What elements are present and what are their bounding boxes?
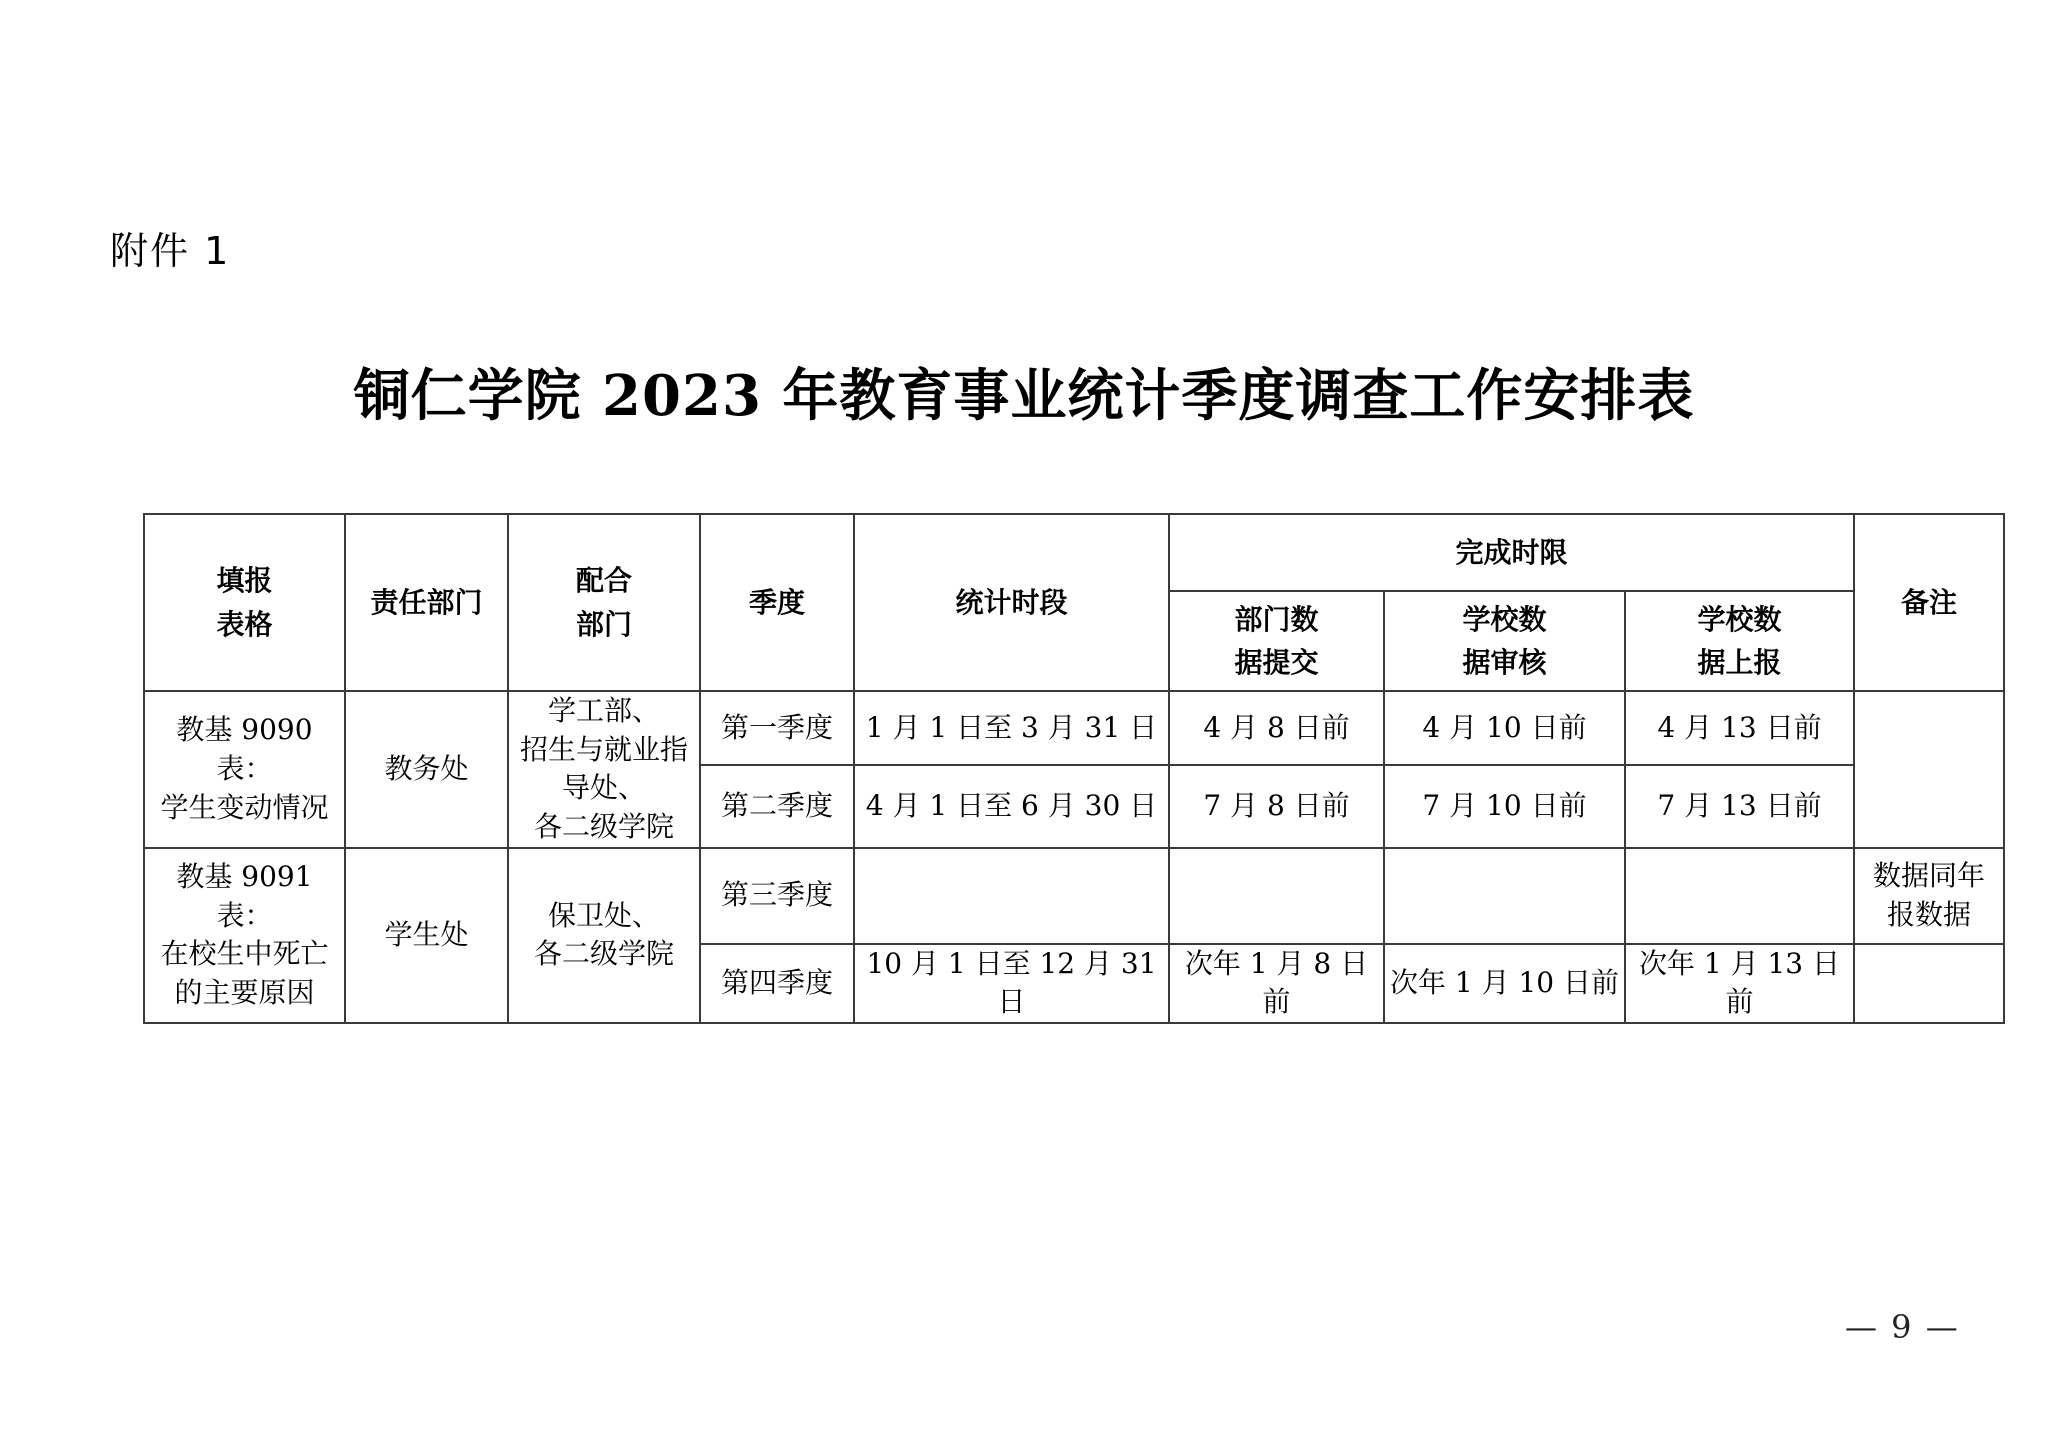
cell-quarter: 第三季度: [700, 848, 854, 944]
header-cell-quarter: 季度: [700, 514, 854, 691]
header-cell-school-report: 学校数 据上报: [1625, 591, 1854, 691]
cell-responsible-dept: 学生处: [345, 848, 508, 1023]
header-cell-responsible: 责任部门: [345, 514, 508, 691]
cell-quarter: 第二季度: [700, 765, 854, 848]
cell-quarter: 第四季度: [700, 944, 854, 1023]
cell-period: 4 月 1 日至 6 月 30 日: [854, 765, 1169, 848]
cell-responsible-dept: 教务处: [345, 691, 508, 848]
header-cell-cooperating: 配合 部门: [508, 514, 700, 691]
table-row: 教基 9090 表： 学生变动情况 教务处 学工部、 招生与就业指 导处、 各二…: [144, 691, 2004, 765]
cell-period: 1 月 1 日至 3 月 31 日: [854, 691, 1169, 765]
cell-dept-submit: 次年 1 月 8 日前: [1169, 944, 1384, 1023]
header-cell-school-review: 学校数 据审核: [1384, 591, 1625, 691]
cell-remarks: [1854, 691, 2004, 848]
table-row: 教基 9091 表： 在校生中死亡 的主要原因 学生处 保卫处、 各二级学院 第…: [144, 848, 2004, 944]
cell-remarks: [1854, 944, 2004, 1023]
page-number: — 9 —: [1845, 1308, 1960, 1346]
header-cell-deadline-group: 完成时限: [1169, 514, 1854, 591]
cell-school-report: 次年 1 月 13 日前: [1625, 944, 1854, 1023]
cell-quarter: 第一季度: [700, 691, 854, 765]
schedule-table: 填报 表格 责任部门 配合 部门 季度 统计时段 完成时限 备注 部门数 据提交…: [143, 513, 2005, 1024]
cell-dept-submit: 7 月 8 日前: [1169, 765, 1384, 848]
attachment-label: 附件 1: [110, 220, 230, 275]
header-cell-form: 填报 表格: [144, 514, 345, 691]
cell-remarks: 数据同年 报数据: [1854, 848, 2004, 944]
page-title: 铜仁学院 2023 年教育事业统计季度调查工作安排表: [0, 352, 2048, 432]
cell-school-review: [1384, 848, 1625, 944]
cell-school-review: 7 月 10 日前: [1384, 765, 1625, 848]
cell-cooperating-dept: 学工部、 招生与就业指 导处、 各二级学院: [508, 691, 700, 848]
cell-period: [854, 848, 1169, 944]
cell-dept-submit: 4 月 8 日前: [1169, 691, 1384, 765]
cell-cooperating-dept: 保卫处、 各二级学院: [508, 848, 700, 1023]
document-page: 附件 1 铜仁学院 2023 年教育事业统计季度调查工作安排表 填报 表格 责任…: [0, 0, 2048, 1448]
header-cell-period: 统计时段: [854, 514, 1169, 691]
cell-school-review: 4 月 10 日前: [1384, 691, 1625, 765]
cell-period: 10 月 1 日至 12 月 31 日: [854, 944, 1169, 1023]
cell-school-report: 7 月 13 日前: [1625, 765, 1854, 848]
cell-dept-submit: [1169, 848, 1384, 944]
cell-form-9090: 教基 9090 表： 学生变动情况: [144, 691, 345, 848]
header-cell-dept-submit: 部门数 据提交: [1169, 591, 1384, 691]
header-cell-remarks: 备注: [1854, 514, 2004, 691]
cell-school-report: 4 月 13 日前: [1625, 691, 1854, 765]
cell-form-9091: 教基 9091 表： 在校生中死亡 的主要原因: [144, 848, 345, 1023]
header-row-1: 填报 表格 责任部门 配合 部门 季度 统计时段 完成时限 备注: [144, 514, 2004, 591]
cell-school-review: 次年 1 月 10 日前: [1384, 944, 1625, 1023]
cell-school-report: [1625, 848, 1854, 944]
